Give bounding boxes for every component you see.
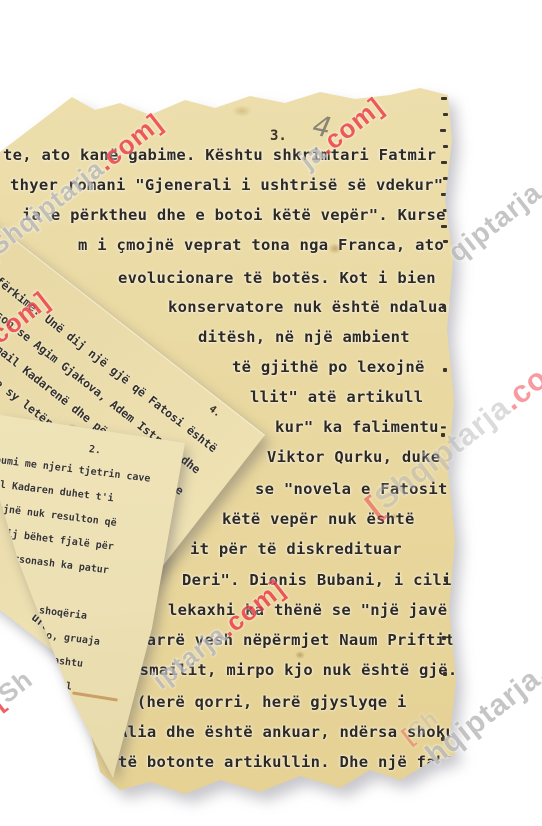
typewritten-page-2-wrap: 2. bumi me njeri tjetrin cave il Kadaren…: [0, 0, 542, 826]
typewritten-line: Gjithashtu: [22, 652, 83, 670]
typewritten-line: ojnë nuk resulton që: [0, 503, 117, 529]
typewritten-line: personash ka patur: [0, 552, 109, 576]
typewritten-line: e tl.: [42, 775, 73, 790]
typewritten-line: Ismail: [35, 677, 72, 692]
typewritten-line: është: [31, 701, 62, 716]
typewritten-line: napi: [39, 750, 64, 764]
wedge-text-block: 2. bumi me njeri tjetrin cave il Kadaren…: [0, 419, 208, 822]
typewritten-line: r nga shoqëria: [3, 601, 88, 622]
typewritten-line: bumi me njeri tjetrin cave: [0, 455, 151, 485]
typewritten-line: ze Loxo, gruaja: [10, 626, 101, 648]
wedge-page-number: 2.: [88, 444, 101, 456]
typewritten-page-2-wedge: 2. bumi me njeri tjetrin cave il Kadaren…: [0, 405, 220, 805]
typewritten-line: il Kadaren duhet t'i: [0, 479, 114, 505]
typewritten-line: ashtu: [36, 726, 67, 741]
scanned-documents-collage: 3. 4 te, ato kanë gabime. Kështu shkrimt…: [0, 0, 542, 826]
typewritten-line: dij bëhet fjalë për: [0, 528, 114, 553]
